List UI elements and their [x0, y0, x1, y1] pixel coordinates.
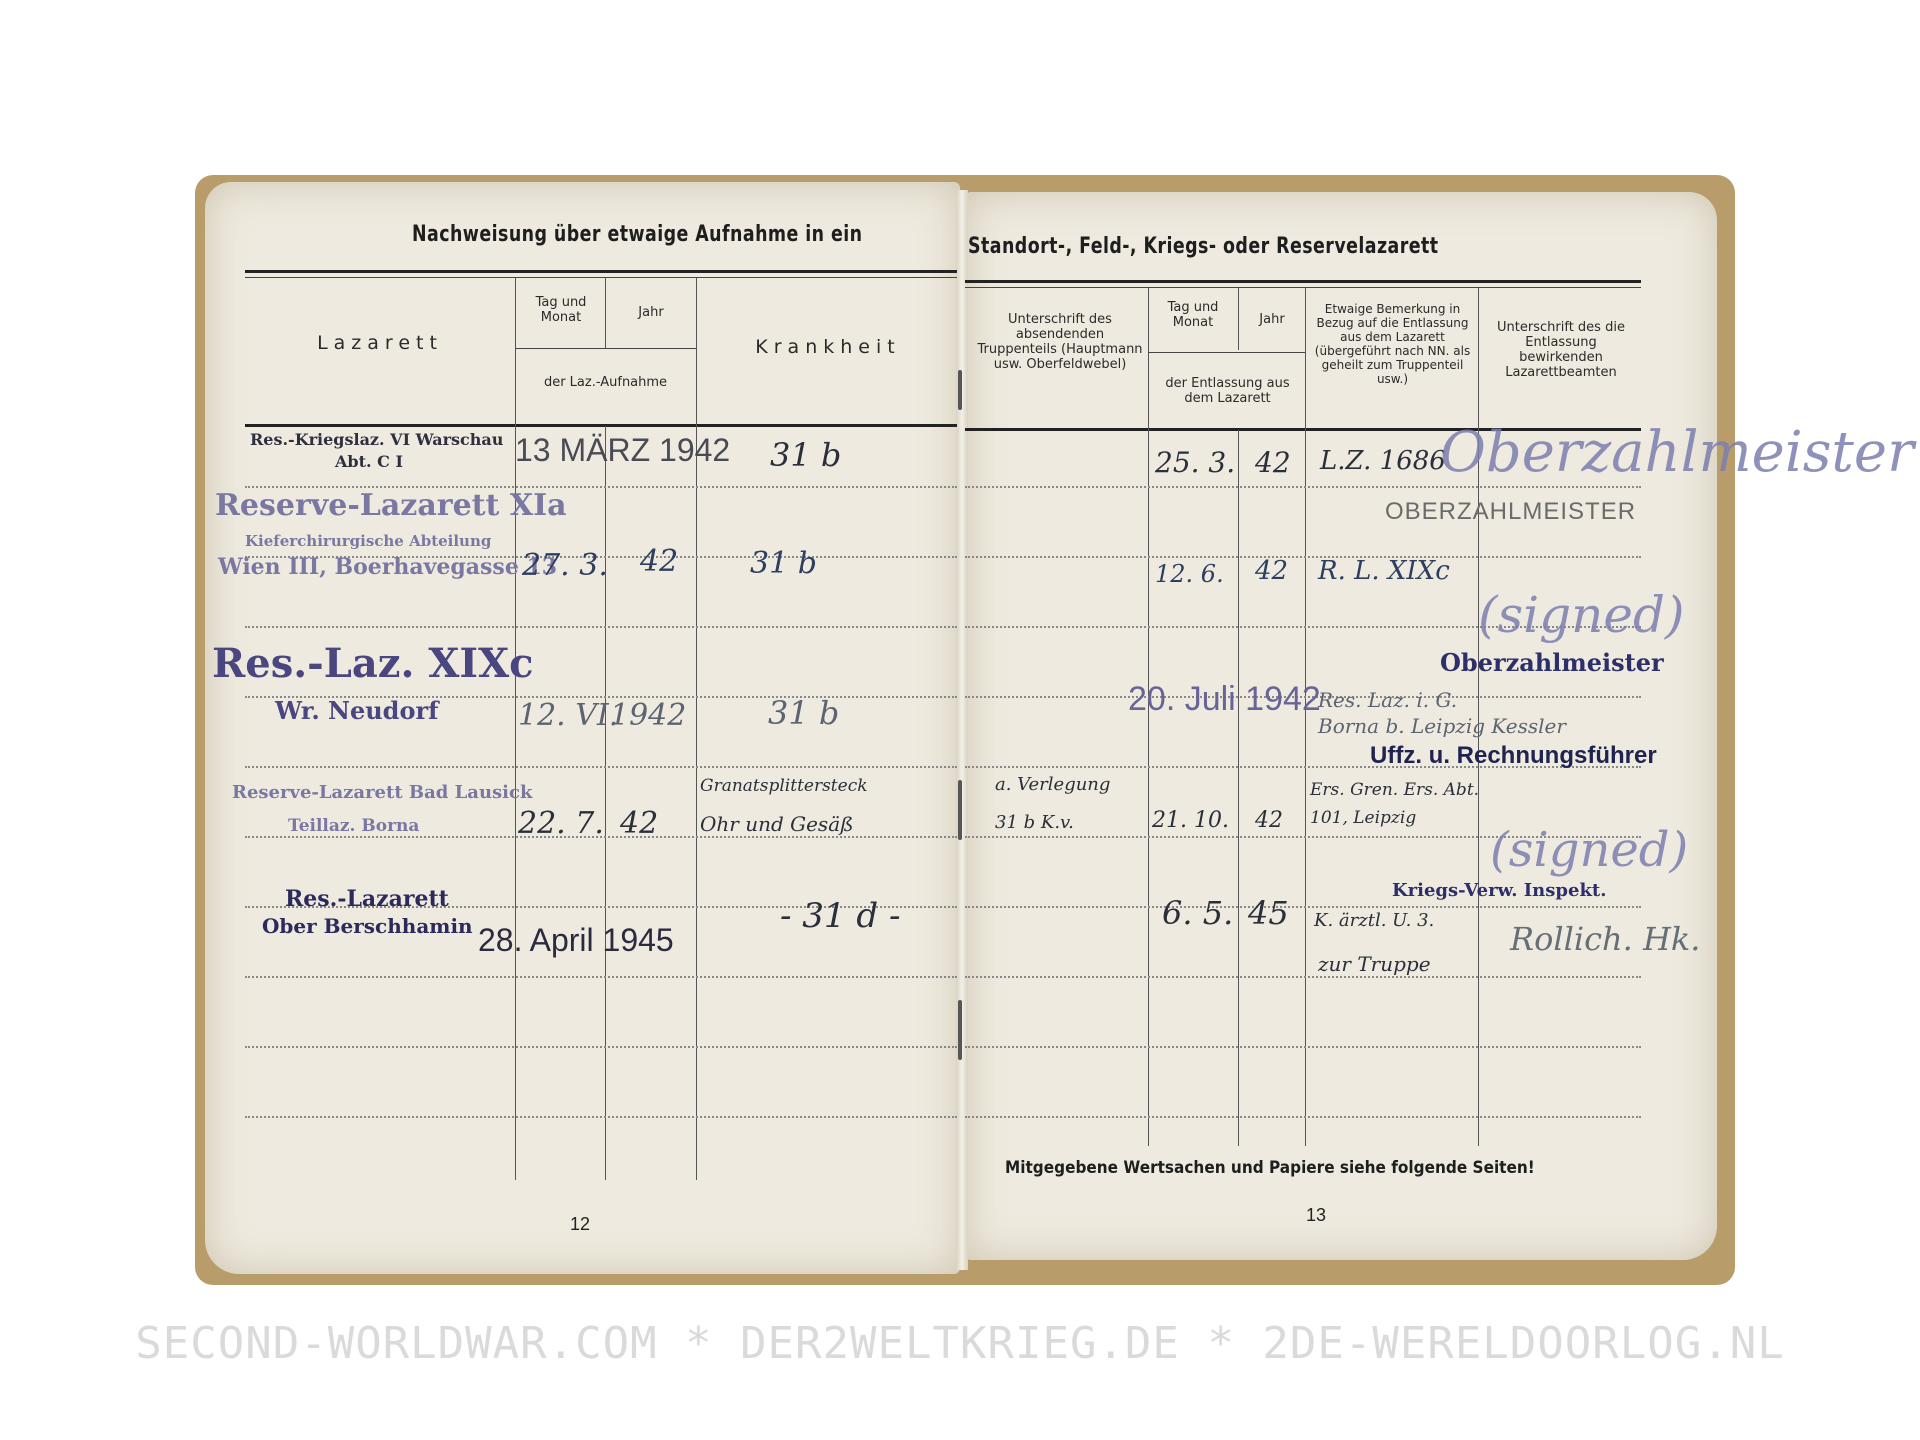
rank-stamp: OBERZAHLMEISTER	[1385, 498, 1636, 526]
page-title-right: Standort-, Feld-, Kriegs- oder Reservela…	[968, 234, 1439, 259]
col-divider	[1238, 430, 1239, 1146]
page-number-right: 13	[1306, 1205, 1326, 1226]
book-gutter	[956, 190, 968, 1270]
page-title-left: Nachweisung über etwaige Aufnahme in ein	[412, 222, 863, 247]
staple-top	[958, 370, 962, 410]
entlassung-jahr-cell: 42	[1255, 808, 1283, 833]
col-divider	[1238, 288, 1239, 350]
jahr-cell: 42	[620, 806, 658, 841]
lazarett-stamp: Abt. C I	[335, 452, 403, 471]
header-rule-thin-left	[245, 277, 957, 278]
entlassung-jahr-cell: 42	[1255, 446, 1291, 479]
header-jahr: Jahr	[608, 305, 694, 320]
header-tag-monat-right: Tag und Monat	[1150, 300, 1236, 330]
entlassung-jahr-cell: 45	[1248, 894, 1289, 932]
bemerkung-cell: 101, Leipzig	[1310, 808, 1416, 828]
rank-stamp: Oberzahlmeister	[1440, 648, 1664, 677]
rank-stamp: Uffz. u. Rechnungsführer	[1370, 742, 1657, 770]
bemerkung-cell: K. ärztl. U. 3.	[1314, 910, 1434, 931]
header-tag-monat: Tag und Monat	[520, 295, 602, 325]
krankheit-cell: Ohr und Gesäß	[700, 812, 853, 836]
krankheit-cell: 31 b	[770, 436, 841, 474]
header-unterschrift-beamten: Unterschrift des die Entlassung bewirken…	[1482, 320, 1640, 380]
admission-date-stamp: 13 MÄRZ 1942	[515, 432, 730, 469]
jahr-cell: 1942	[610, 698, 686, 733]
lazarett-stamp: Reserve-Lazarett Bad Lausick	[232, 782, 532, 803]
header-jahr-right: Jahr	[1240, 312, 1304, 327]
bemerkung-cell: Ers. Gren. Ers. Abt.	[1310, 780, 1479, 800]
header-rule-bottom-left	[245, 424, 957, 427]
krankheit-cell: 31 b	[750, 546, 817, 581]
staple-bottom	[958, 1000, 962, 1060]
signature: Rollich. Hk.	[1510, 920, 1700, 958]
signature: Oberzahlmeister (signed)	[1440, 420, 1920, 485]
subheader-rule-left	[515, 348, 696, 349]
staple-middle	[958, 780, 962, 840]
unterschrift-cell: a. Verlegung	[995, 774, 1110, 795]
krankheit-cell: 31 b	[768, 694, 839, 732]
header-rule-top-right	[965, 280, 1641, 283]
admission-date-stamp: 28. April 1945	[478, 922, 674, 959]
krankheit-cell: - 31 d -	[780, 896, 900, 936]
krankheit-cell: Granatsplittersteck	[700, 776, 868, 796]
col-divider	[605, 278, 606, 348]
lazarett-stamp: Res.-Lazarett	[285, 886, 449, 912]
subheader-rule-right	[1148, 352, 1305, 353]
footer-note: Mitgegebene Wertsachen und Papiere siehe…	[1005, 1158, 1535, 1178]
bemerkung-cell: Borna b. Leipzig Kessler	[1318, 714, 1566, 738]
unterschrift-cell: 31 b K.v.	[995, 812, 1074, 833]
discharge-date-stamp: 20. Juli 1942	[1128, 680, 1321, 719]
lazarett-stamp: Res.-Laz. XIXc	[212, 640, 533, 687]
header-rule-top-left	[245, 270, 957, 273]
entlassung-tag-cell: 21. 10.	[1152, 808, 1229, 833]
lazarett-stamp: Ober Berschhamin	[262, 914, 473, 938]
header-aufnahme: der Laz.-Aufnahme	[515, 375, 696, 390]
page-number-left: 12	[570, 1214, 590, 1235]
rank-stamp: Kriegs-Verw. Inspekt.	[1392, 880, 1607, 901]
tag-monat-cell: 12. VI.	[518, 698, 618, 733]
lazarett-stamp: Wien III, Boerhavegasse 13	[218, 554, 557, 580]
entlassung-tag-cell: 12. 6.	[1155, 560, 1224, 588]
header-lazarett: Lazarett	[245, 336, 515, 351]
signature: (signed)	[1490, 822, 1688, 878]
bemerkung-cell: L.Z. 1686	[1320, 446, 1446, 476]
bemerkung-cell: zur Truppe	[1318, 952, 1431, 976]
tag-monat-cell: 22. 7.	[518, 806, 604, 841]
header-bemerkung: Etwaige Bemerkung in Bezug auf die Entla…	[1310, 302, 1475, 386]
header-krankheit: Krankheit	[700, 340, 956, 355]
jahr-cell: 42	[640, 544, 678, 579]
watermark: SECOND-WORLDWAR.COM * DER2WELTKRIEG.DE *…	[0, 1318, 1920, 1369]
header-entlassung: der Entlassung aus dem Lazarett	[1150, 376, 1305, 406]
col-divider	[696, 278, 697, 1180]
tag-monat-cell: 27. 3.	[522, 548, 608, 583]
entlassung-jahr-cell: 42	[1255, 556, 1288, 586]
bemerkung-cell: R. L. XIXc	[1318, 556, 1450, 586]
signature: (signed)	[1478, 586, 1684, 644]
header-rule-thin-right	[965, 287, 1641, 288]
entlassung-tag-cell: 25. 3.	[1155, 446, 1235, 479]
header-unterschrift-absendend: Unterschrift des absendenden Truppenteil…	[975, 312, 1145, 372]
lazarett-stamp: Res.-Kriegslaz. VI Warschau	[250, 430, 503, 449]
entlassung-tag-cell: 6. 5.	[1162, 894, 1233, 932]
lazarett-stamp: Kieferchirurgische Abteilung	[245, 532, 491, 550]
lazarett-stamp: Wr. Neudorf	[275, 696, 438, 725]
bemerkung-cell: Res. Laz. i. G.	[1318, 688, 1457, 712]
col-divider	[605, 426, 606, 1180]
lazarett-stamp: Teillaz. Borna	[288, 816, 419, 836]
col-divider	[515, 278, 516, 1180]
lazarett-stamp: Reserve-Lazarett XIa	[215, 488, 567, 523]
